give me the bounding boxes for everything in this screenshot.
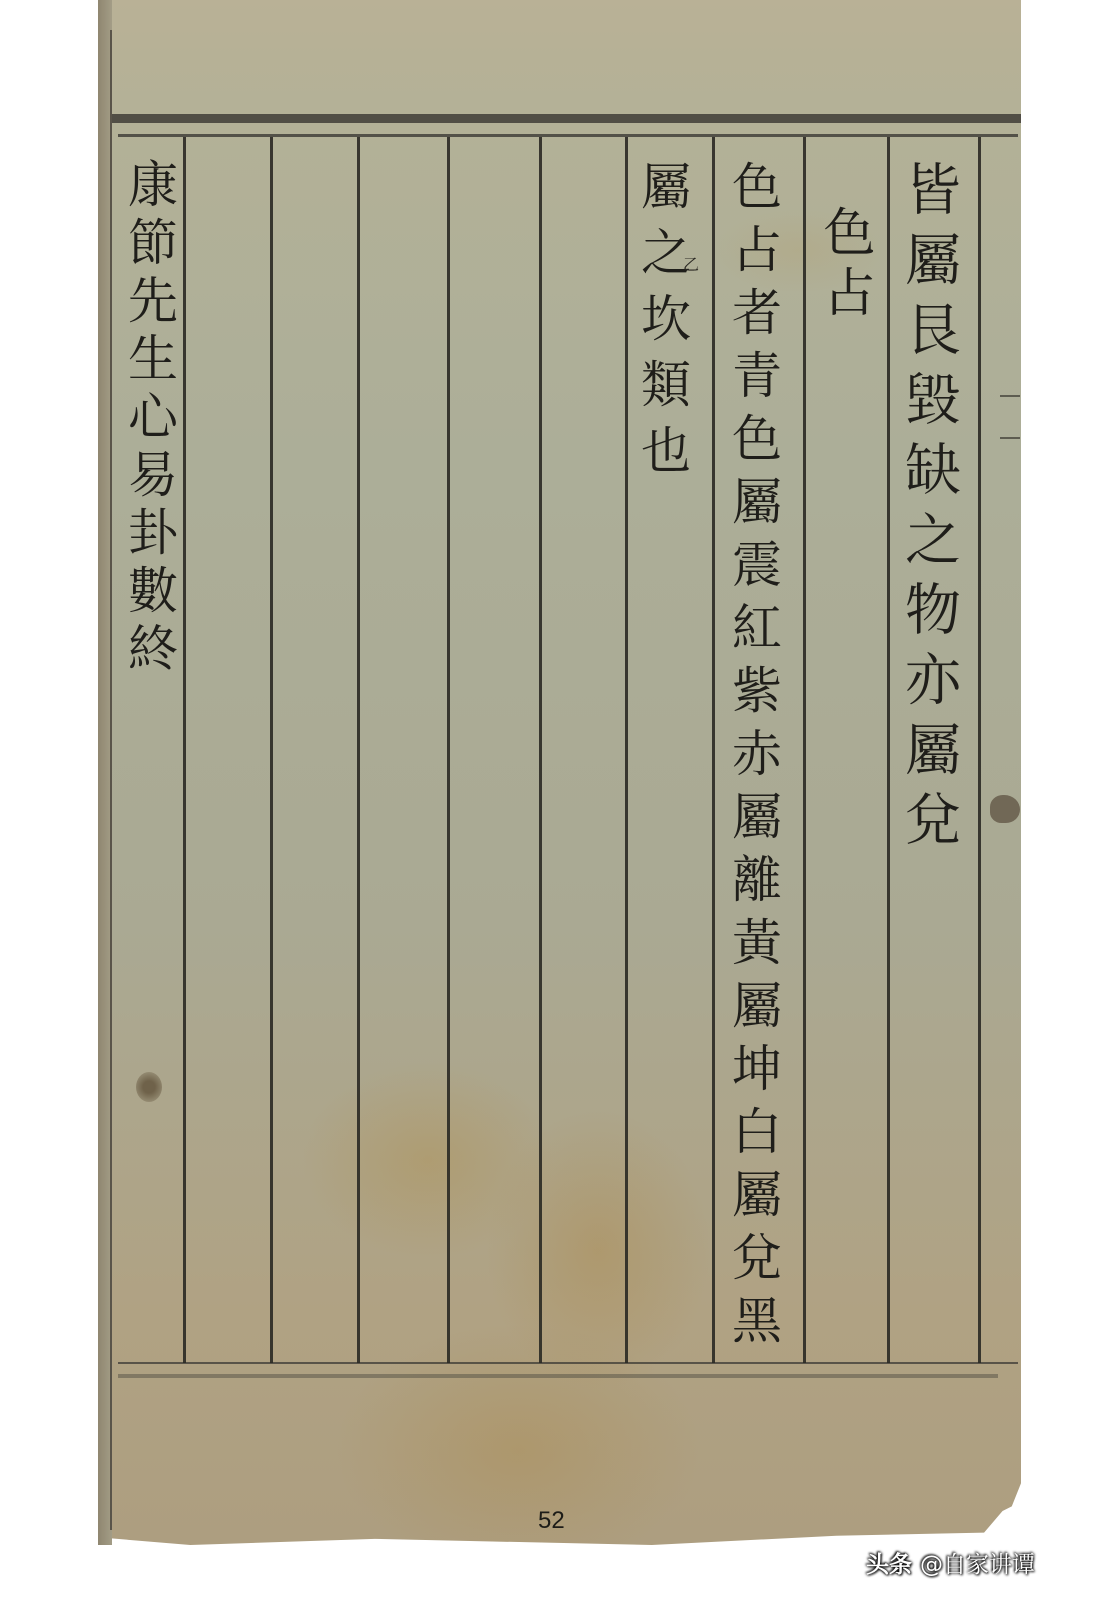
section-heading-color-divination: 色占 bbox=[818, 205, 870, 325]
watermark-platform: 头条 bbox=[866, 1552, 912, 1578]
bottom-border-rule bbox=[118, 1362, 1018, 1364]
column-divider bbox=[183, 137, 186, 1363]
manuscript-page bbox=[98, 0, 1021, 1545]
text-column-closing-title: 康節先生心易卦數終 bbox=[124, 158, 174, 680]
column-divider bbox=[978, 137, 981, 1363]
left-border-line bbox=[110, 30, 112, 1530]
column-divider bbox=[357, 137, 360, 1363]
column-divider bbox=[712, 137, 715, 1363]
column-divider bbox=[447, 137, 450, 1363]
column-divider bbox=[270, 137, 273, 1363]
ink-stain bbox=[136, 1072, 162, 1102]
watermark-handle: @自家讲谭 bbox=[920, 1552, 1035, 1578]
page-number: 52 bbox=[538, 1507, 565, 1535]
top-border-rule bbox=[112, 114, 1021, 123]
watermark: 头条 @自家讲谭 bbox=[866, 1546, 1035, 1579]
bottom-outer-rule bbox=[118, 1374, 998, 1378]
inner-top-rule bbox=[118, 134, 1018, 137]
column-divider bbox=[625, 137, 628, 1363]
text-column-4: 屬之坎類也 bbox=[637, 160, 687, 490]
column-divider bbox=[539, 137, 542, 1363]
column-divider bbox=[887, 137, 890, 1363]
margin-annotation: 乙 bbox=[683, 252, 699, 275]
text-column-3: 色占者青色屬震紅紫赤屬離黃屬坤白屬兌黑 bbox=[728, 160, 778, 1357]
margin-mark bbox=[1000, 395, 1020, 439]
column-divider bbox=[803, 137, 806, 1363]
ink-stain bbox=[990, 795, 1020, 823]
text-column-1: 皆屬艮毀缺之物亦屬兌 bbox=[900, 160, 956, 860]
